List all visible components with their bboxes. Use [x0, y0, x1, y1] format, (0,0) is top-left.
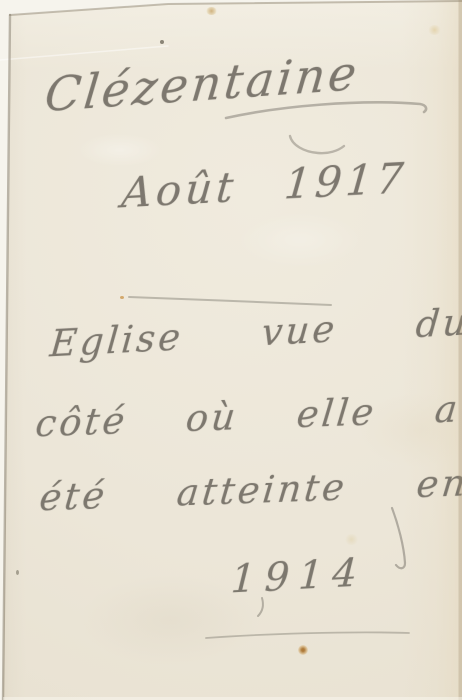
scanned-photo-back: Clézentaine Août 1917 Eglise vue du côté… — [0, 0, 462, 700]
handwritten-line-caption-3: été atteinte en — [37, 461, 462, 519]
foxing-spot — [428, 25, 441, 35]
handwritten-line-title: Clézentaine — [42, 46, 362, 123]
foxing-spot — [345, 534, 358, 545]
handwritten-line-caption-2: côté où elle a — [33, 387, 462, 445]
foxing-spot — [206, 7, 217, 15]
handwritten-line-year: 1914 — [230, 551, 367, 603]
handwritten-line-date: Août 1917 — [120, 153, 410, 217]
postcard-paper: Clézentaine Août 1917 Eglise vue du côté… — [0, 0, 462, 700]
handwritten-line-caption-1: Eglise vue du — [48, 300, 462, 365]
foxing-spot — [298, 645, 308, 655]
paper-speck — [160, 40, 164, 44]
paper-speck — [120, 296, 124, 299]
paper-speck — [16, 570, 19, 575]
